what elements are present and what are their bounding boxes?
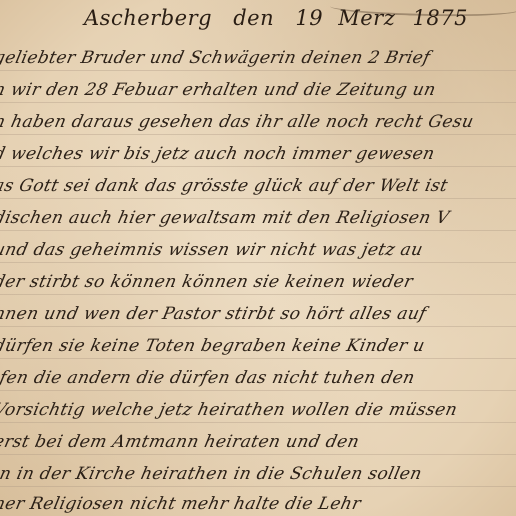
letter-line: dischen auch hier gewaltsam mit den Reli… [0, 208, 451, 228]
ruled-line [0, 422, 516, 423]
letter-line: d welches wir bis jetz auch noch immer g… [0, 144, 437, 164]
letter-line: und das geheimnis wissen wir nicht was j… [0, 240, 425, 260]
date-prefix: den [233, 6, 274, 30]
ruled-line [0, 294, 516, 295]
ruled-line [0, 102, 516, 103]
date-year: 1875 [412, 6, 467, 30]
letter-header: Ascherberg den 19 Merz 1875 [84, 6, 468, 30]
letter-line: geliebter Bruder und Schwägerin deinen 2… [0, 48, 432, 68]
ruled-line [0, 70, 516, 71]
letter-line: in in der Kirche heirathen in die Schule… [0, 464, 424, 484]
letter-line: as Gott sei dank das grösste glück auf d… [0, 176, 450, 196]
ruled-line [0, 262, 516, 263]
place-name: Ascherberg [84, 6, 212, 30]
letter-line: dürfen sie keine Toten begraben keine Ki… [0, 336, 427, 356]
letter-line: erst bei dem Amtmann heiraten und den [0, 432, 361, 452]
ruled-line [0, 134, 516, 135]
letter-line: Vorsichtig welche jetz heirathen wollen … [0, 400, 459, 420]
ruled-line [0, 486, 516, 487]
ruled-line [0, 358, 516, 359]
date-day: 19 [295, 6, 323, 30]
ruled-line [0, 230, 516, 231]
letter-line: n haben daraus gesehen das ihr alle noch… [0, 112, 476, 132]
letter-line: ifen die andern die dürfen das nicht tuh… [0, 368, 417, 388]
date-month: Merz [338, 6, 395, 30]
letter-line: der stirbt so können können sie keinen w… [0, 272, 415, 292]
ruled-line [0, 454, 516, 455]
ruled-line [0, 390, 516, 391]
letter-line: nnen und wen der Pastor stirbt so hört a… [0, 304, 428, 324]
letter-line: ner Religiosen nicht mehr halte die Lehr [0, 494, 363, 514]
ruled-line [0, 166, 516, 167]
ruled-line [0, 198, 516, 199]
ruled-line [0, 326, 516, 327]
letter-line: n wir den 28 Febuar erhalten und die Zei… [0, 80, 438, 100]
